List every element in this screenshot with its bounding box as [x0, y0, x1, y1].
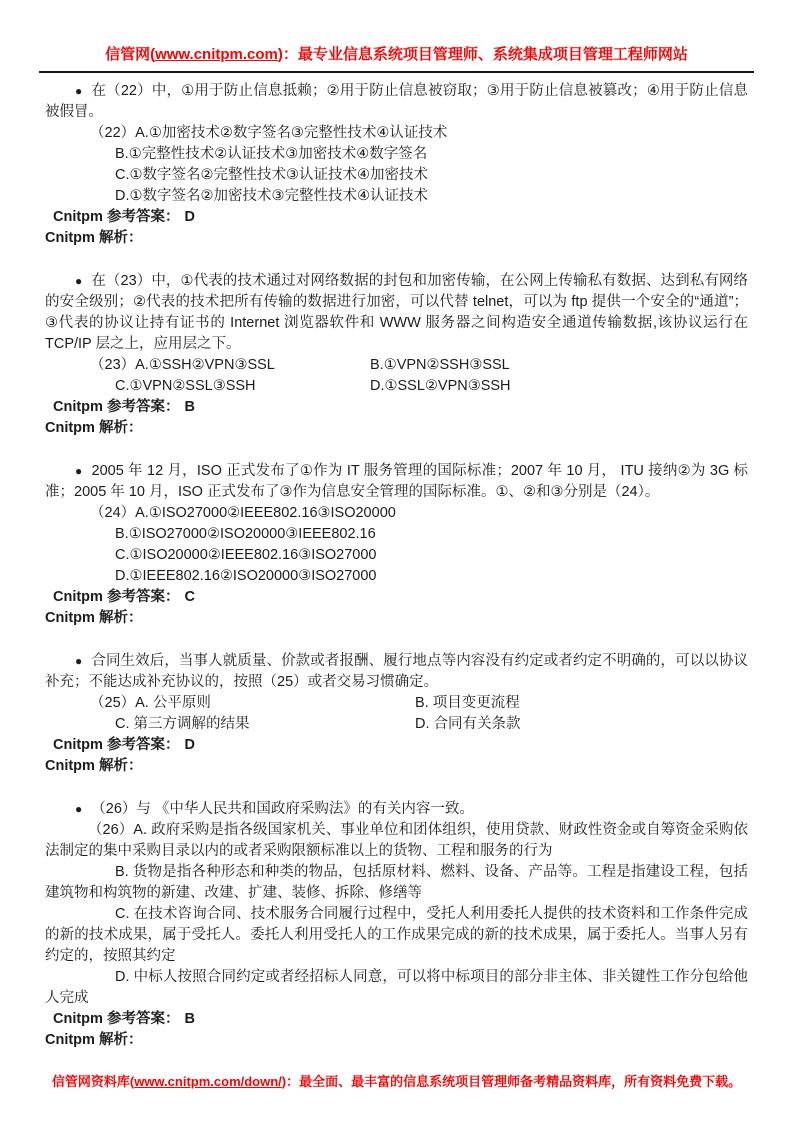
answer-value: B [184, 399, 194, 415]
option-text: （25）A. 公平原则 [90, 695, 211, 711]
option-row: （26）A. 政府采购是指各级国家机关、事业单位和团体组织，使用贷款、财政性资金… [45, 820, 748, 862]
page-header: 信管网(www.cnitpm.com)：最专业信息系统项目管理师、系统集成项目管… [45, 44, 748, 66]
option-row: （24）A.①ISO27000②IEEE802.16③ISO20000 [45, 503, 748, 524]
options: （25）A. 公平原则B. 项目变更流程C. 第三方调解的结果D. 合同有关条款 [45, 693, 748, 735]
header-link[interactable]: www.cnitpm.com [155, 46, 278, 63]
options: （22）A.①加密技术②数字签名③完整性技术④认证技术B.①完整性技术②认证技术… [45, 123, 748, 207]
bullet-icon: ● [75, 802, 82, 816]
option-text: B.①完整性技术②认证技术③加密技术④数字签名 [115, 146, 427, 162]
analysis-line: Cnitpm 解析： [45, 228, 748, 249]
answer-label: Cnitpm 参考答案： [53, 1011, 179, 1027]
question-stem-text: 在（23）中，①代表的技术通过对网络数据的封包和加密传输，在公网上传输私有数据、… [45, 273, 748, 352]
option-row: C.①VPN②SSL③SSHD.①SSL②VPN③SSH [45, 376, 748, 397]
answer-line: Cnitpm 参考答案：C [45, 587, 748, 608]
bullet-icon: ● [75, 84, 82, 98]
question-stem: ●在（23）中，①代表的技术通过对网络数据的封包和加密传输，在公网上传输私有数据… [45, 271, 748, 355]
analysis-line: Cnitpm 解析： [45, 756, 748, 777]
bullet-icon: ● [75, 654, 82, 668]
header-prefix: 信管网( [105, 46, 155, 63]
question-block: ●（26）与 《中华人民共和国政府采购法》的有关内容一致。 （26）A. 政府采… [45, 799, 748, 1051]
option-text: B.①ISO27000②ISO20000③IEEE802.16 [115, 526, 376, 542]
option-text: （26）A. 政府采购是指各级国家机关、事业单位和团体组织，使用贷款、财政性资金… [45, 822, 748, 859]
question-block: ●在（22）中，①用于防止信息抵赖；②用于防止信息被窃取；③用于防止信息被篡改；… [45, 81, 748, 249]
answer-value: D [184, 737, 194, 753]
question-stem: ●合同生效后，当事人就质量、价款或者报酬、履行地点等内容没有约定或者约定不明确的… [45, 651, 748, 693]
question-stem-text: （26）与 《中华人民共和国政府采购法》的有关内容一致。 [91, 801, 474, 817]
header-divider [39, 71, 754, 73]
option-text: C.①ISO20000②IEEE802.16③ISO27000 [115, 547, 377, 563]
questions-list: ●在（22）中，①用于防止信息抵赖；②用于防止信息被窃取；③用于防止信息被篡改；… [45, 81, 748, 1051]
question-stem: ●（26）与 《中华人民共和国政府采购法》的有关内容一致。 [45, 799, 748, 820]
option-row: C.①数字签名②完整性技术③认证技术④加密技术 [45, 165, 748, 186]
option-row: （25）A. 公平原则B. 项目变更流程 [45, 693, 748, 714]
option-row: （22）A.①加密技术②数字签名③完整性技术④认证技术 [45, 123, 748, 144]
question-block: ●在（23）中，①代表的技术通过对网络数据的封包和加密传输，在公网上传输私有数据… [45, 271, 748, 439]
answer-value: C [184, 589, 194, 605]
footer-suffix: )：最全面、最丰富的信息系统项目管理师备考精品资料库，所有资料免费下载。 [282, 1074, 741, 1089]
bullet-icon: ● [75, 464, 83, 478]
question-stem-text: 2005 年 12 月，ISO 正式发布了①作为 IT 服务管理的国际标准；20… [45, 463, 748, 500]
option-text: D. 合同有关条款 [415, 714, 521, 735]
answer-label: Cnitpm 参考答案： [53, 737, 179, 753]
question-block: ●2005 年 12 月，ISO 正式发布了①作为 IT 服务管理的国际标准；2… [45, 461, 748, 629]
option-row: C. 在技术咨询合同、技术服务合同履行过程中，受托人利用委托人提供的技术资料和工… [45, 904, 748, 967]
answer-line: Cnitpm 参考答案：B [45, 1009, 748, 1030]
option-text: C. 在技术咨询合同、技术服务合同履行过程中，受托人利用委托人提供的技术资料和工… [45, 906, 748, 964]
option-row: C. 第三方调解的结果D. 合同有关条款 [45, 714, 748, 735]
header-suffix: )：最专业信息系统项目管理师、系统集成项目管理工程师网站 [278, 46, 688, 63]
option-text: （24）A.①ISO27000②IEEE802.16③ISO20000 [90, 505, 396, 521]
footer-prefix: 信管网资料库( [52, 1074, 134, 1089]
analysis-line: Cnitpm 解析： [45, 418, 748, 439]
answer-label: Cnitpm 参考答案： [53, 589, 179, 605]
answer-value: B [184, 1011, 194, 1027]
bullet-icon: ● [75, 274, 82, 288]
option-text: D.①IEEE802.16②ISO20000③ISO27000 [115, 568, 377, 584]
answer-value: D [184, 209, 194, 225]
question-stem-text: 合同生效后，当事人就质量、价款或者报酬、履行地点等内容没有约定或者约定不明确的，… [45, 653, 748, 690]
option-text: D.①SSL②VPN③SSH [370, 376, 511, 397]
option-text: （22）A.①加密技术②数字签名③完整性技术④认证技术 [90, 125, 447, 141]
options: （23）A.①SSH②VPN③SSLB.①VPN②SSH③SSLC.①VPN②S… [45, 355, 748, 397]
option-text: C. 第三方调解的结果 [115, 716, 250, 732]
option-text: B. 货物是指各种形态和种类的物品，包括原材料、燃料、设备、产品等。工程是指建设… [45, 864, 748, 901]
option-row: D.①数字签名②加密技术③完整性技术④认证技术 [45, 186, 748, 207]
option-text: B.①VPN②SSH③SSL [370, 355, 510, 376]
option-text: C.①VPN②SSL③SSH [115, 378, 256, 394]
question-stem-text: 在（22）中，①用于防止信息抵赖；②用于防止信息被窃取；③用于防止信息被篡改；④… [45, 83, 748, 120]
option-row: （23）A.①SSH②VPN③SSLB.①VPN②SSH③SSL [45, 355, 748, 376]
option-text: D. 中标人按照合同约定或者经招标人同意，可以将中标项目的部分非主体、非关键性工… [45, 969, 748, 1006]
option-row: B.①ISO27000②ISO20000③IEEE802.16 [45, 524, 748, 545]
analysis-line: Cnitpm 解析： [45, 1030, 748, 1051]
option-text: D.①数字签名②加密技术③完整性技术④认证技术 [115, 188, 428, 204]
option-row: B. 货物是指各种形态和种类的物品，包括原材料、燃料、设备、产品等。工程是指建设… [45, 862, 748, 904]
options: （26）A. 政府采购是指各级国家机关、事业单位和团体组织，使用贷款、财政性资金… [45, 820, 748, 1009]
answer-line: Cnitpm 参考答案：B [45, 397, 748, 418]
options: （24）A.①ISO27000②IEEE802.16③ISO20000B.①IS… [45, 503, 748, 587]
option-row: B.①完整性技术②认证技术③加密技术④数字签名 [45, 144, 748, 165]
option-text: B. 项目变更流程 [415, 693, 520, 714]
analysis-line: Cnitpm 解析： [45, 608, 748, 629]
option-text: C.①数字签名②完整性技术③认证技术④加密技术 [115, 167, 428, 183]
answer-line: Cnitpm 参考答案：D [45, 207, 748, 228]
question-stem: ●在（22）中，①用于防止信息抵赖；②用于防止信息被窃取；③用于防止信息被篡改；… [45, 81, 748, 123]
option-row: C.①ISO20000②IEEE802.16③ISO27000 [45, 545, 748, 566]
question-block: ●合同生效后，当事人就质量、价款或者报酬、履行地点等内容没有约定或者约定不明确的… [45, 651, 748, 777]
answer-label: Cnitpm 参考答案： [53, 399, 179, 415]
page-footer: 信管网资料库(www.cnitpm.com/down/)：最全面、最丰富的信息系… [45, 1073, 748, 1091]
option-row: D.①IEEE802.16②ISO20000③ISO27000 [45, 566, 748, 587]
footer-link[interactable]: www.cnitpm.com/down/ [134, 1074, 282, 1089]
answer-line: Cnitpm 参考答案：D [45, 735, 748, 756]
option-text: （23）A.①SSH②VPN③SSL [90, 357, 275, 373]
answer-label: Cnitpm 参考答案： [53, 209, 179, 225]
option-row: D. 中标人按照合同约定或者经招标人同意，可以将中标项目的部分非主体、非关键性工… [45, 967, 748, 1009]
question-stem: ●2005 年 12 月，ISO 正式发布了①作为 IT 服务管理的国际标准；2… [45, 461, 748, 503]
